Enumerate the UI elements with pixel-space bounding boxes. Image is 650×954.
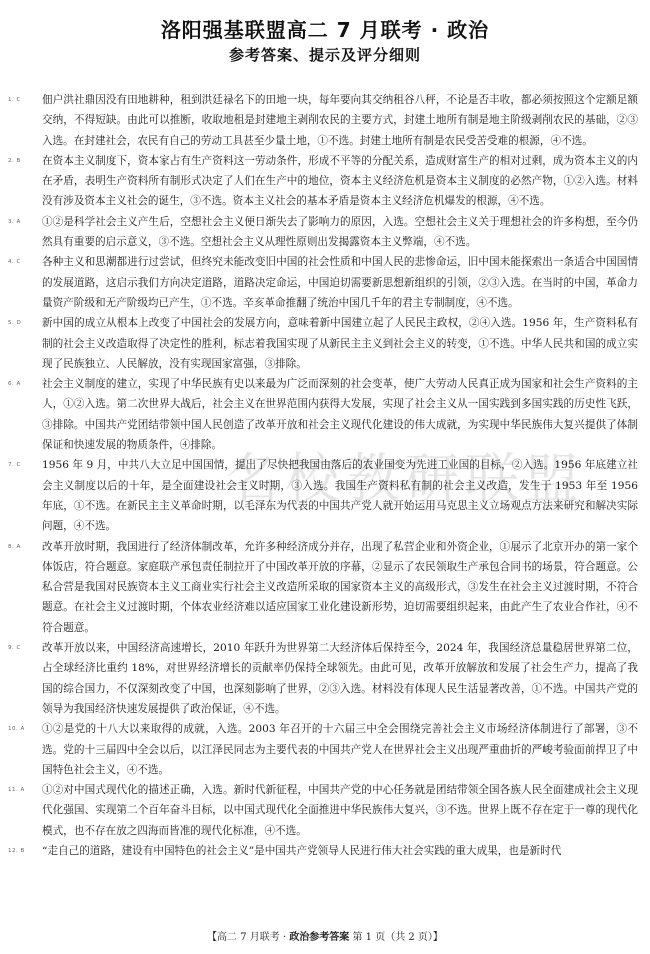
question-number: 3. A xyxy=(8,212,40,232)
answer-item: 5. D 新中国的成立从根本上改变了中国社会的发展方向，意味着新中国建立起了人民… xyxy=(0,313,650,374)
answer-item: 3. A ①②是科学社会主义产生后，空想社会主义便日渐失去了影响力的原因，入选。… xyxy=(0,212,650,253)
question-number: 11. A xyxy=(8,780,40,800)
answer-item: 6. A 社会主义制度的建立，实现了中华民族有史以来最为广泛而深刻的社会变革，使… xyxy=(0,374,650,455)
question-number: 7. C xyxy=(8,455,40,475)
answer-list: 1. C 佃户洪社鼎因没有田地耕种，租到洪廷禄名下的田地一块，每年要向其交纳租谷… xyxy=(0,90,650,861)
answer-explanation: ①②是党的十八大以来取得的成就，入选。2003 年召开的十六届三中全会围绕完善社… xyxy=(42,719,638,780)
footer-page-info: 第 1 页（共 2 页）】 xyxy=(349,932,443,943)
answer-item: 4. C 各种主义和思潮都进行过尝试，但终究未能改变旧中国的社会性质和中国人民的… xyxy=(0,252,650,313)
question-number: 10. A xyxy=(8,719,40,739)
answer-explanation: 改革开放以来，中国经济高速增长，2010 年跃升为世界第二大经济体后保持至今，2… xyxy=(42,638,638,719)
answer-explanation: 1956 年 9 月，中共八大立足中国国情，提出了尽快把我国由落后的农业国变为先… xyxy=(42,455,638,536)
question-number: 1. C xyxy=(8,90,40,110)
page-footer: 【高二 7 月联考 · 政治参考答案 第 1 页（共 2 页）】 xyxy=(0,928,650,943)
answer-item: 1. C 佃户洪社鼎因没有田地耕种，租到洪廷禄名下的田地一块，每年要向其交纳租谷… xyxy=(0,90,650,151)
page-subtitle: 参考答案、提示及评分细则 xyxy=(0,44,650,65)
question-number: 8. A xyxy=(8,537,40,557)
question-number: 5. D xyxy=(8,313,40,333)
answer-explanation: 佃户洪社鼎因没有田地耕种，租到洪廷禄名下的田地一块，每年要向其交纳租谷八秤，不论… xyxy=(42,90,638,151)
answer-item: 12. B “走自己的道路，建设有中国特色的社会主义”是中国共产党领导人民进行伟… xyxy=(0,841,650,861)
answer-explanation: ①②是科学社会主义产生后，空想社会主义便日渐失去了影响力的原因，入选。空想社会主… xyxy=(42,212,638,253)
answer-item: 11. A ①②对中国式现代化的描述正确，入选。新时代新征程，中国共产党的中心任… xyxy=(0,780,650,841)
answer-item: 10. A ①②是党的十八大以来取得的成就，入选。2003 年召开的十六届三中全… xyxy=(0,719,650,780)
question-number: 12. B xyxy=(8,841,40,861)
answer-item: 2. B 在资本主义制度下，资本家占有生产资料这一劳动条件，形成不平等的分配关系… xyxy=(0,151,650,212)
answer-explanation: 在资本主义制度下，资本家占有生产资料这一劳动条件，形成不平等的分配关系，造成财富… xyxy=(42,151,638,212)
answer-explanation: ①②对中国式现代化的描述正确，入选。新时代新征程，中国共产党的中心任务就是团结带… xyxy=(42,780,638,841)
answer-item: 9. C 改革开放以来，中国经济高速增长，2010 年跃升为世界第二大经济体后保… xyxy=(0,638,650,719)
question-number: 6. A xyxy=(8,374,40,394)
answer-explanation: “走自己的道路，建设有中国特色的社会主义”是中国共产党领导人民进行伟大社会实践的… xyxy=(42,841,638,861)
footer-prefix: 【高二 7 月联考 · xyxy=(207,932,289,943)
answer-explanation: 各种主义和思潮都进行过尝试，但终究未能改变旧中国的社会性质和中国人民的悲惨命运，… xyxy=(42,252,638,313)
page-title: 洛阳强基联盟高二 7 月联考 · 政治 xyxy=(0,14,650,43)
question-number: 4. C xyxy=(8,252,40,272)
answer-item: 8. A 改革开放时期，我国进行了经济体制改革，允许多种经济成分并存，出现了私营… xyxy=(0,537,650,638)
answer-explanation: 社会主义制度的建立，实现了中华民族有史以来最为广泛而深刻的社会变革，使广大劳动人… xyxy=(42,374,638,455)
question-number: 9. C xyxy=(8,638,40,658)
answer-item: 7. C 1956 年 9 月，中共八大立足中国国情，提出了尽快把我国由落后的农… xyxy=(0,455,650,536)
question-number: 2. B xyxy=(8,151,40,171)
answer-explanation: 改革开放时期，我国进行了经济体制改革，允许多种经济成分并存，出现了私营企业和外资… xyxy=(42,537,638,638)
footer-doc-title: 政治参考答案 xyxy=(289,932,349,943)
answer-explanation: 新中国的成立从根本上改变了中国社会的发展方向，意味着新中国建立起了人民民主政权，… xyxy=(42,313,638,374)
